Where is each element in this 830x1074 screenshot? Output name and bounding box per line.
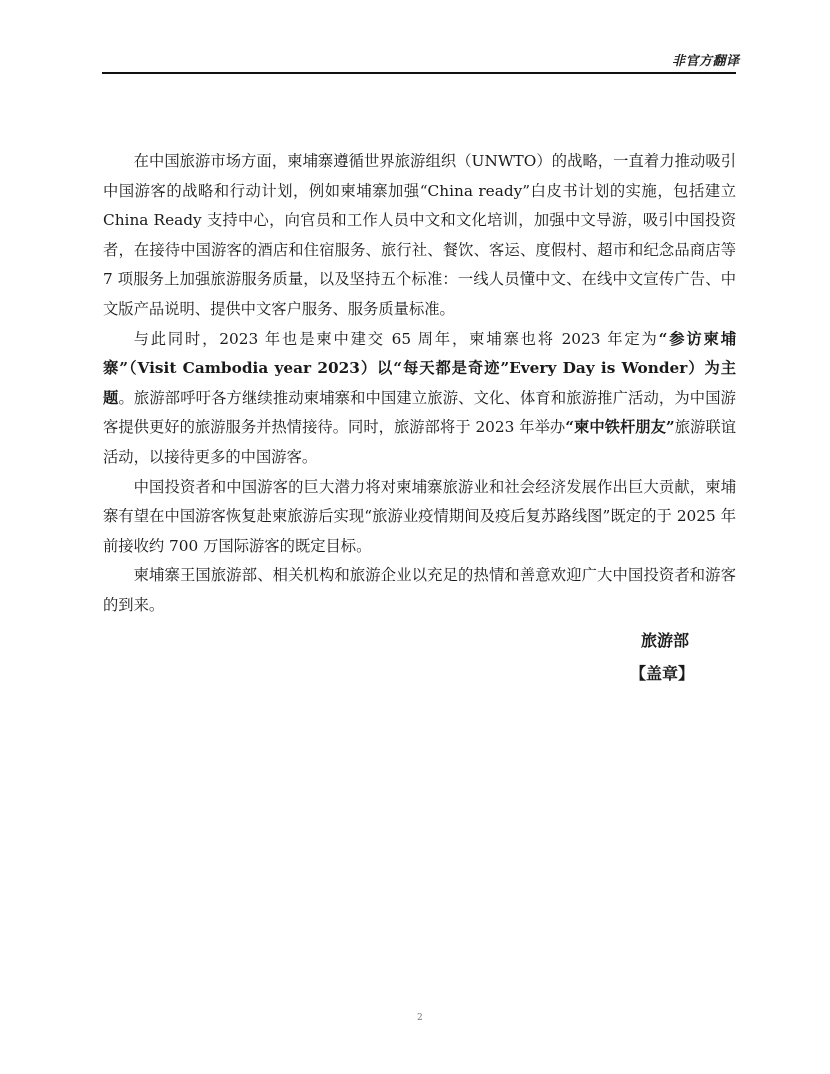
paragraph-china-market: 在中国旅游市场方面，柬埔寨遵循世界旅游组织（UNWTO）的战略，一直着力推动吸引… bbox=[103, 147, 736, 325]
header-rule bbox=[102, 72, 736, 74]
page-number: 2 bbox=[417, 1013, 423, 1023]
paragraph-investment-potential: 中国投资者和中国游客的巨大潜力将对柬埔寨旅游业和社会经济发展作出巨大贡献，柬埔寨… bbox=[103, 473, 736, 562]
paragraph-welcome: 柬埔寨王国旅游部、相关机构和旅游企业以充足的热情和善意欢迎广大中国投资者和游客的… bbox=[103, 561, 736, 620]
paragraph-anniversary-part1: 与此同时，2023 年也是柬中建交 65 周年，柬埔寨也将 2023 年定为 bbox=[134, 330, 659, 348]
signature-department: 旅游部 bbox=[641, 628, 689, 651]
iron-friends-event: “柬中铁杆朋友” bbox=[565, 418, 675, 436]
document-body: 在中国旅游市场方面，柬埔寨遵循世界旅游组织（UNWTO）的战略，一直着力推动吸引… bbox=[103, 147, 736, 621]
paragraph-anniversary: 与此同时，2023 年也是柬中建交 65 周年，柬埔寨也将 2023 年定为“参… bbox=[103, 325, 736, 473]
signature-seal: 【盖章】 bbox=[630, 661, 694, 684]
header-label: 非官方翻译 bbox=[672, 50, 740, 69]
